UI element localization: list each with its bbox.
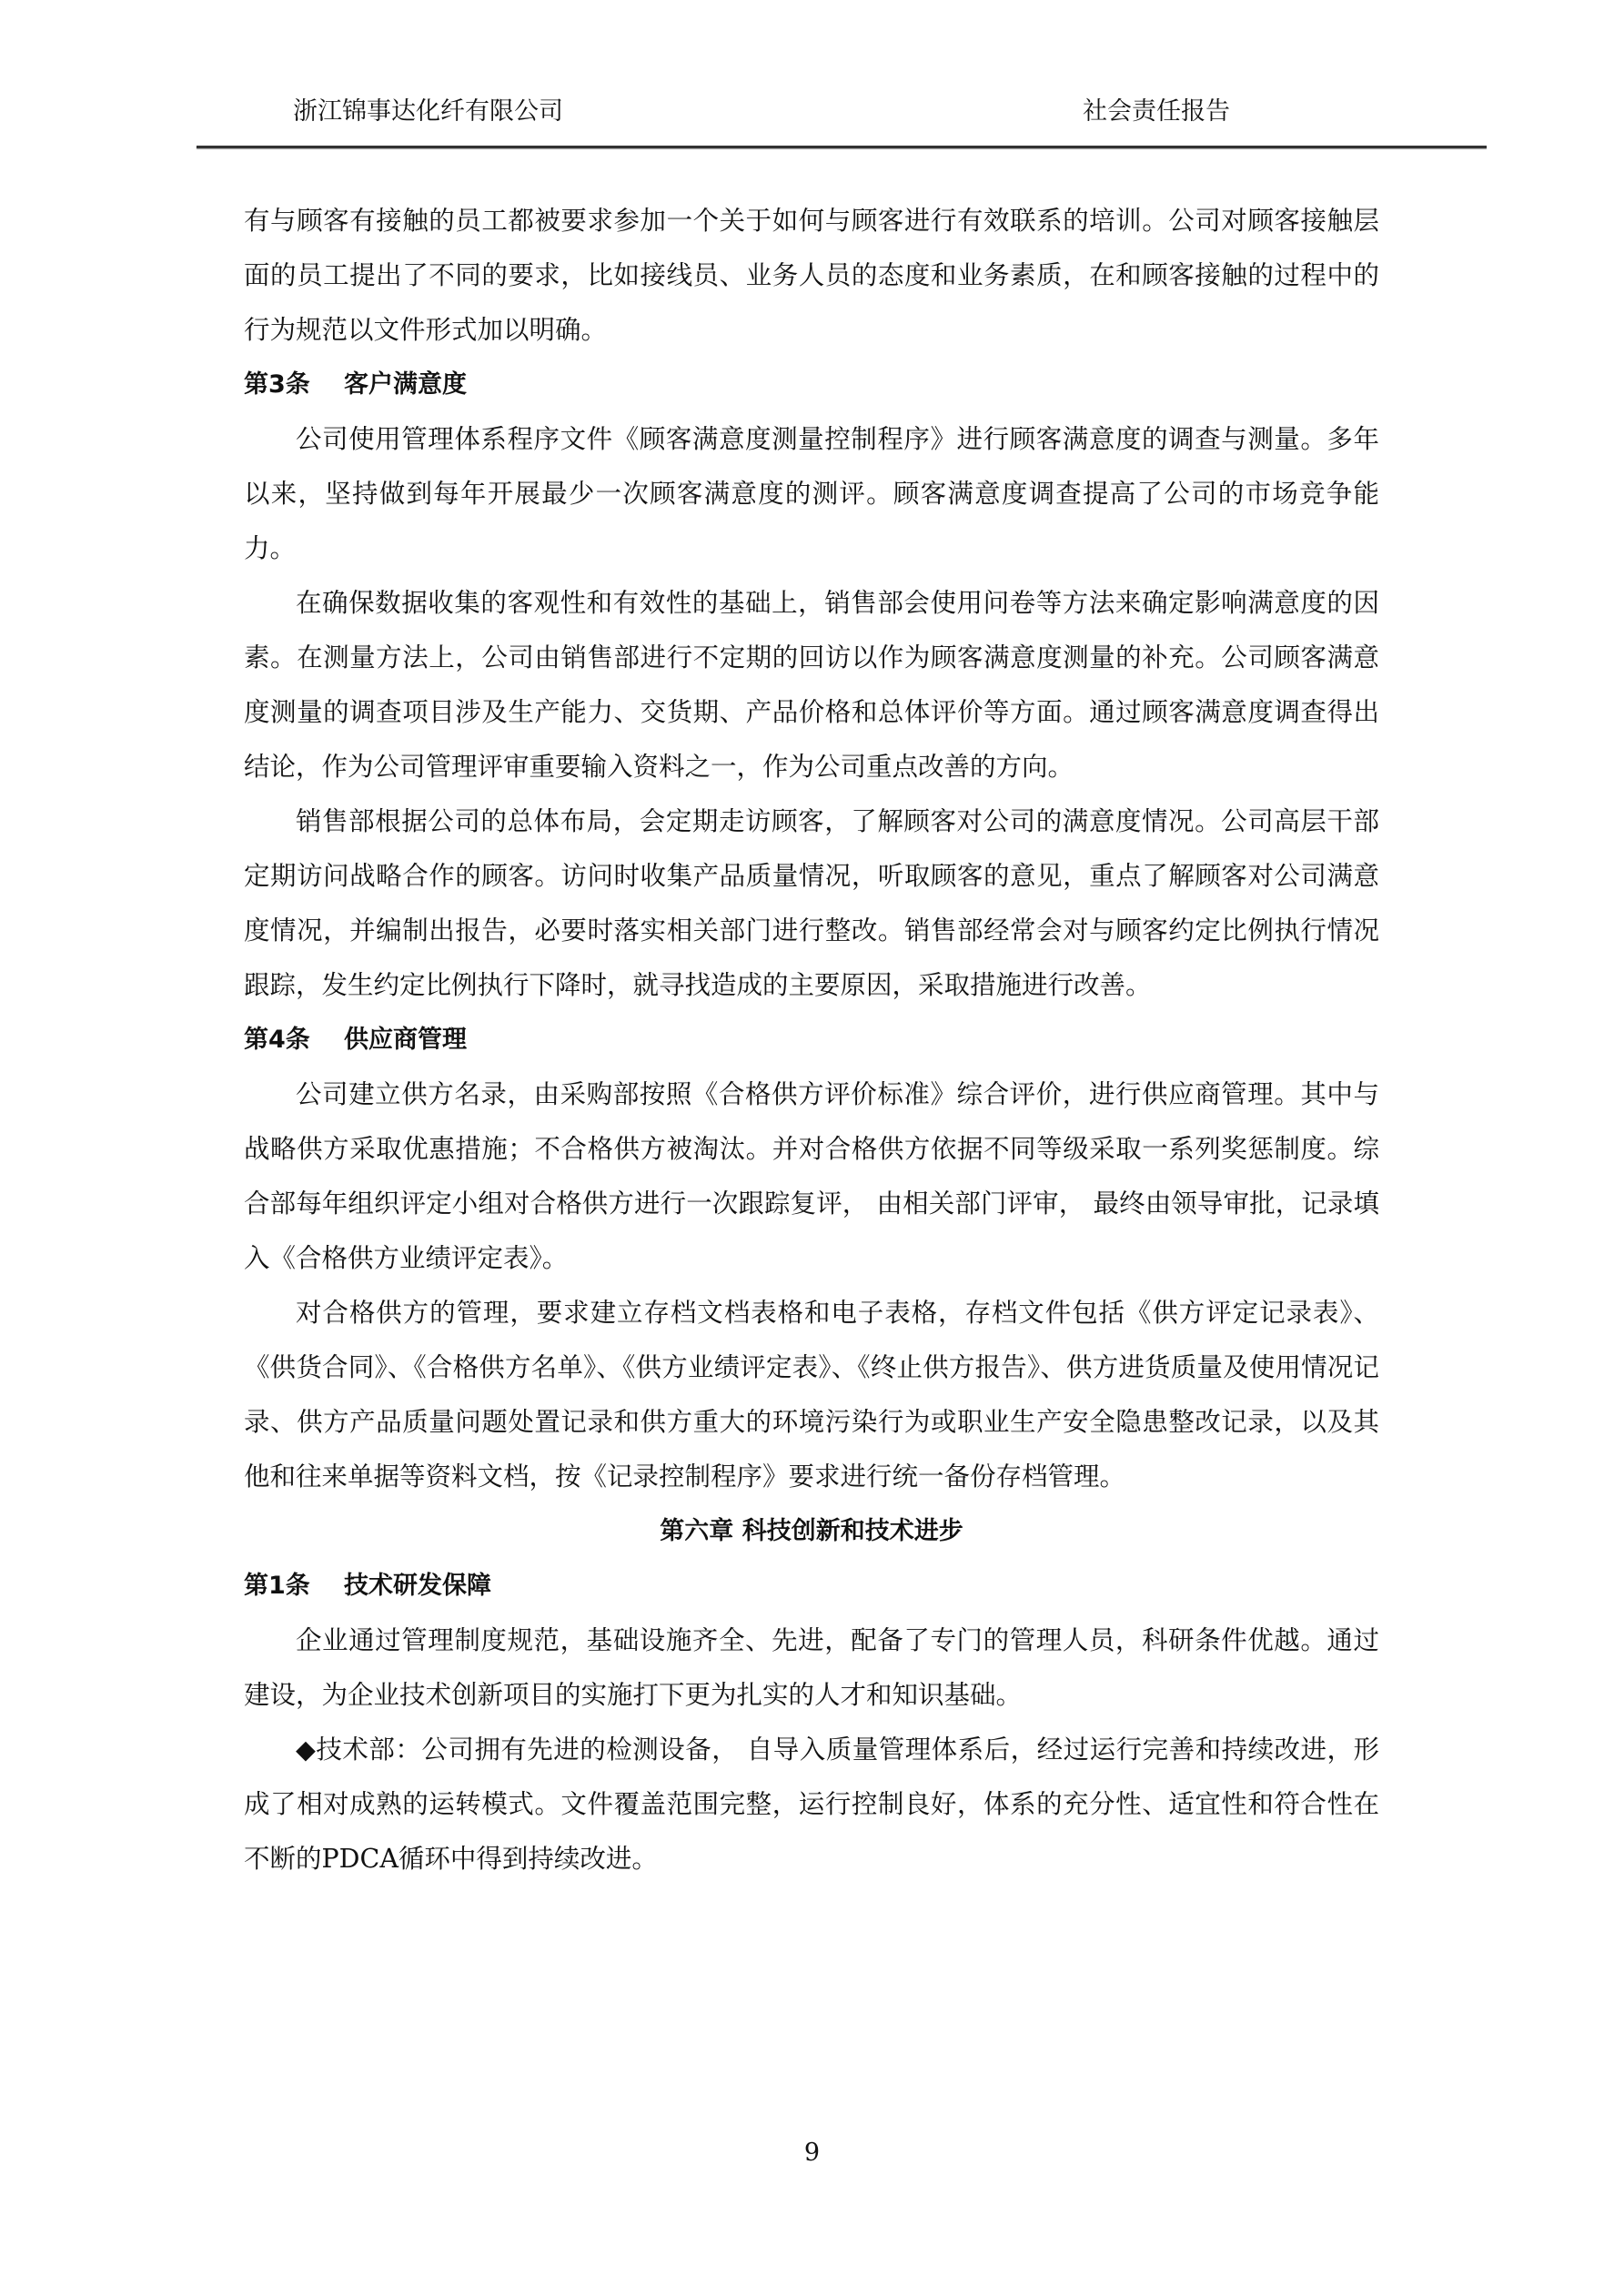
article-3-number: 第3条 [244,358,344,412]
continuation-paragraph: 有与顾客有接触的员工都被要求参加一个关于如何与顾客进行有效联系的培训。公司对顾客… [244,194,1379,358]
article-4-title: 供应商管理 [344,1026,467,1054]
header-divider [197,146,1487,148]
article-4-number: 第4条 [244,1013,344,1067]
article-1-heading: 第1条技术研发保障 [244,1559,1379,1613]
article-1-paragraph-2: ◆技术部：公司拥有先进的检测设备， 自导入质量管理体系后，经过运行完善和持续改进… [244,1723,1379,1886]
article-1-number: 第1条 [244,1559,344,1613]
article-1-paragraph-1: 企业通过管理制度规范，基础设施齐全、先进，配备了专门的管理人员，科研条件优越。通… [244,1613,1379,1723]
company-name: 浙江锦事达化纤有限公司 [293,91,563,126]
article-4-paragraph-2: 对合格供方的管理，要求建立存档文档表格和电子表格，存档文件包括《供方评定记录表》… [244,1286,1379,1504]
chapter-6-heading: 第六章 科技创新和技术进步 [244,1504,1379,1559]
article-4-paragraph-1: 公司建立供方名录，由采购部按照《合格供方评价标准》综合评价，进行供应商管理。其中… [244,1067,1379,1286]
article-1-title: 技术研发保障 [344,1572,491,1600]
article-3-paragraph-3: 销售部根据公司的总体布局，会定期走访顾客，了解顾客对公司的满意度情况。公司高层干… [244,794,1379,1013]
article-4-heading: 第4条供应商管理 [244,1013,1379,1067]
page-number: 9 [0,2139,1624,2167]
article-3-paragraph-2: 在确保数据收集的客观性和有效性的基础上，销售部会使用问卷等方法来确定影响满意度的… [244,576,1379,794]
article-3-heading: 第3条客户满意度 [244,358,1379,412]
article-3-paragraph-1: 公司使用管理体系程序文件《顾客满意度测量控制程序》进行顾客满意度的调查与测量。多… [244,412,1379,576]
report-title: 社会责任报告 [1083,91,1230,126]
page-header: 浙江锦事达化纤有限公司 社会责任报告 [0,91,1624,127]
article-3-title: 客户满意度 [344,370,467,399]
document-body: 有与顾客有接触的员工都被要求参加一个关于如何与顾客进行有效联系的培训。公司对顾客… [244,194,1379,1886]
